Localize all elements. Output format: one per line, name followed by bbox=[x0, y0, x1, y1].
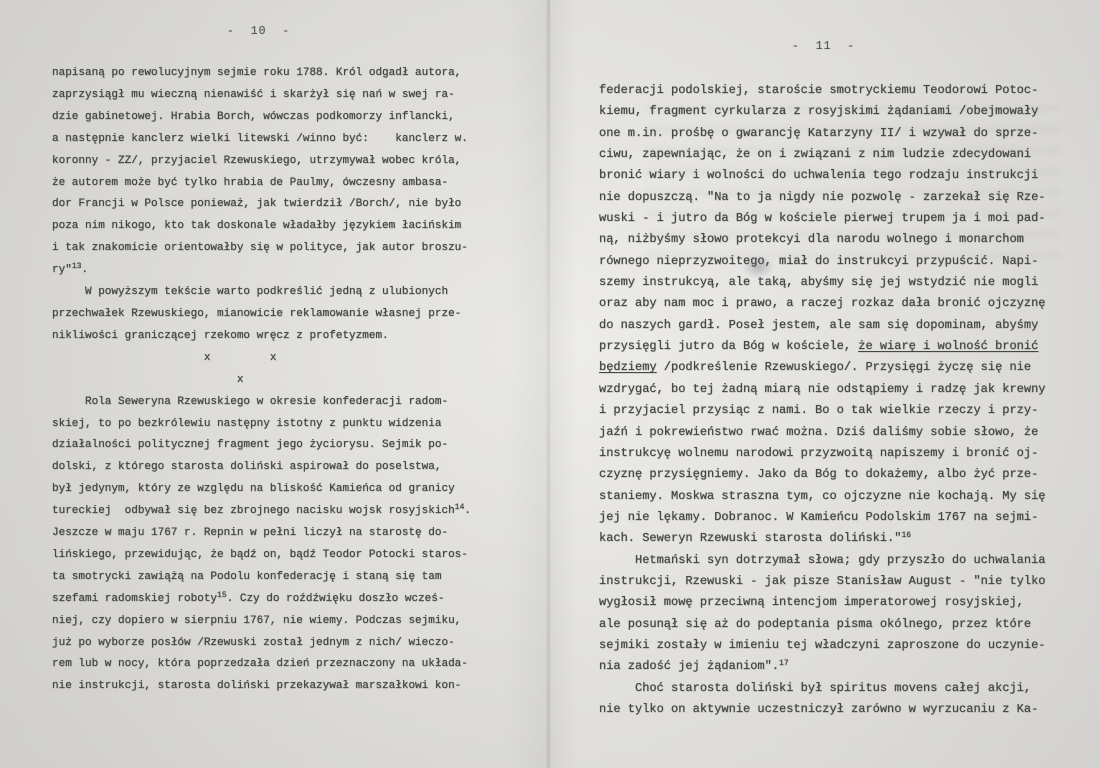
text-segment: kach. Seweryn Rzewuski starosta doliński… bbox=[599, 531, 901, 545]
text-segment: wzdrygać, bo tej żadną miarą nie odstąpi… bbox=[599, 382, 1045, 396]
text-segment: . Czy do roźdźwięku doszło wcześ- bbox=[227, 593, 445, 605]
text-segment: koronny - ZZ/, przyjaciel Rzewuskiego, u… bbox=[52, 155, 461, 167]
text-line: tureckiej odbywał się bez zbrojnego naci… bbox=[52, 501, 471, 523]
text-segment: szemy instrukcyą, ale taką, abyśmy się j… bbox=[599, 275, 1038, 289]
text-segment: dolski, z którego starosta doliński aspi… bbox=[52, 461, 441, 473]
text-segment: nie instrukcji, starosta doliński przeka… bbox=[52, 680, 461, 692]
text-line: nie instrukcji, starosta doliński przeka… bbox=[52, 676, 471, 698]
text-segment: lińskiego, przewidując, że bądź on, bądź… bbox=[52, 549, 468, 561]
text-segment: tureckiej odbywał się bez zbrojnego naci… bbox=[52, 505, 455, 517]
text-line: zaprzysiągł mu wieczną nienawiść i skarż… bbox=[52, 85, 471, 107]
text-line: staniemy. Moskwa straszna tym, co ojczyz… bbox=[599, 486, 1045, 507]
text-line: działalności politycznej fragment jego ż… bbox=[52, 435, 471, 457]
text-line: ry"13. bbox=[52, 260, 471, 282]
text-segment: rem lub w nocy, która poprzedzała dzień … bbox=[52, 658, 468, 670]
text-line: równego nieprzyzwoitego, miał do instruk… bbox=[599, 251, 1045, 272]
text-segment: przysięgli jutro da Bóg w kościele, bbox=[599, 339, 858, 353]
text-segment: że autorem może być tylko hrabia de Paul… bbox=[52, 177, 448, 189]
text-line: dolski, z którego starosta doliński aspi… bbox=[52, 457, 471, 479]
text-segment: Jeszcze w maju 1767 r. Repnin w pełni li… bbox=[52, 527, 448, 539]
text-line: skiej, to po bezkrólewiu następny istotn… bbox=[52, 414, 471, 436]
text-segment: jaźń i pokrewieństwo rwać można. Dziś da… bbox=[599, 425, 1038, 439]
footnote-ref: 17 bbox=[779, 659, 789, 668]
text-segment: już po wyborze posłów /Rzewuski został j… bbox=[52, 637, 455, 649]
text-line: instrukcji, Rzewuski - jak pisze Stanisł… bbox=[599, 571, 1045, 592]
text-segment: nie dopuszczą. "Na to ja nigdy nie pozwo… bbox=[599, 190, 1045, 204]
text-segment: działalności politycznej fragment jego ż… bbox=[52, 439, 448, 451]
text-line: do naszych gardł. Poseł jestem, ale sam … bbox=[599, 315, 1045, 336]
text-segment: dzie gabinetowej. Hrabia Borch, wówczas … bbox=[52, 111, 455, 123]
text-segment: ta smotrycki zawiążą na Podolu konfedera… bbox=[52, 571, 441, 583]
text-segment: szefami radomskiej roboty bbox=[52, 593, 217, 605]
text-line: przysięgli jutro da Bóg w kościele, że w… bbox=[599, 336, 1045, 357]
text-line: Rola Seweryna Rzewuskiego w okresie konf… bbox=[52, 392, 471, 414]
text-line: bronić wiary i wolności do uchwalenia te… bbox=[599, 165, 1045, 186]
ink-smudge bbox=[741, 255, 775, 279]
text-line: W powyższym tekście warto podkreślić jed… bbox=[52, 282, 471, 304]
text-segment: x x bbox=[52, 352, 276, 364]
text-line: ciwu, zapewniając, że on i związani z ni… bbox=[599, 144, 1045, 165]
text-line: kach. Seweryn Rzewuski starosta doliński… bbox=[599, 528, 1045, 549]
text-segment: przechwałek Rzewuskiego, mianowicie rekl… bbox=[52, 308, 461, 320]
text-line: ale posunął się aż do podeptania pisma o… bbox=[599, 614, 1045, 635]
text-line: poza nim nikogo, kto tak doskonale włada… bbox=[52, 216, 471, 238]
text-segment: Rola Seweryna Rzewuskiego w okresie konf… bbox=[52, 396, 448, 408]
text-segment: równego nieprzyzwoitego, miał do instruk… bbox=[599, 254, 1038, 268]
text-segment: Hetmański syn dotrzymał słowa; gdy przys… bbox=[599, 553, 1045, 567]
text-line: czyznę przysięgniemy. Jako da Bóg to dok… bbox=[599, 464, 1045, 485]
text-segment: jej nie lękamy. Dobranoc. W Kamieńcu Pod… bbox=[599, 510, 1038, 524]
text-segment: napisaną po rewolucyjnym sejmie roku 178… bbox=[52, 67, 461, 79]
footnote-ref: 14 bbox=[455, 503, 465, 512]
text-segment: nia zadość jej żądaniom". bbox=[599, 659, 779, 673]
text-segment: dor Francji w Polsce ponieważ, jak twier… bbox=[52, 198, 461, 210]
text-segment: bronić wiary i wolności do uchwalenia te… bbox=[599, 168, 1038, 182]
text-line: instrukcyę wolnemu narodowi przyzwoitą n… bbox=[599, 443, 1045, 464]
text-segment: ną, niżbyśmy słowo protekcyi dla narodu … bbox=[599, 232, 1024, 246]
text-line: oraz aby nam moc i prawo, a raczej rozka… bbox=[599, 293, 1045, 314]
text-segment: W powyższym tekście warto podkreślić jed… bbox=[52, 286, 448, 298]
text-segment: zaprzysiągł mu wieczną nienawiść i skarż… bbox=[52, 89, 455, 101]
text-line: napisaną po rewolucyjnym sejmie roku 178… bbox=[52, 63, 471, 85]
text-line: szefami radomskiej roboty15. Czy do roźd… bbox=[52, 589, 471, 611]
text-segment: i tak znakomicie orientowałby się w poli… bbox=[52, 242, 468, 254]
text-segment: i przyjaciel przysiąc z nami. Bo o tak w… bbox=[599, 403, 1038, 417]
text-segment: federacji podolskiej, staroście smotryck… bbox=[599, 83, 1038, 97]
text-segment: x bbox=[52, 374, 243, 386]
text-segment: a następnie kanclerz wielki litewski /wi… bbox=[52, 133, 468, 145]
footnote-ref: 15 bbox=[217, 591, 227, 600]
text-line: że autorem może być tylko hrabia de Paul… bbox=[52, 173, 471, 195]
text-line: federacji podolskiej, staroście smotryck… bbox=[599, 80, 1045, 101]
text-segment: Choć starosta doliński był spiritus move… bbox=[599, 681, 1031, 695]
text-line: nie tylko on aktywnie uczestniczył zarów… bbox=[599, 699, 1045, 720]
text-line: szemy instrukcyą, ale taką, abyśmy się j… bbox=[599, 272, 1045, 293]
text-segment: był jedynym, który ze względu na bliskoś… bbox=[52, 483, 455, 495]
page-number-right: - 11 - bbox=[792, 40, 855, 53]
text-line: rem lub w nocy, która poprzedzała dzień … bbox=[52, 654, 471, 676]
text-segment: kiemu, fragment cyrkularza z rosyjskimi … bbox=[599, 104, 1038, 118]
text-line: wzdrygać, bo tej żadną miarą nie odstąpi… bbox=[599, 379, 1045, 400]
text-segment: niej, czy dopiero w sierpniu 1767, nie w… bbox=[52, 615, 461, 627]
footnote-ref: 16 bbox=[901, 531, 911, 540]
text-segment: instrukcyę wolnemu narodowi przyzwoitą n… bbox=[599, 446, 1038, 460]
text-line: Hetmański syn dotrzymał słowa; gdy przys… bbox=[599, 550, 1045, 571]
text-line: x bbox=[52, 370, 471, 392]
text-segment: poza nim nikogo, kto tak doskonale włada… bbox=[52, 220, 461, 232]
text-segment: skiej, to po bezkrólewiu następny istotn… bbox=[52, 418, 441, 430]
text-line: Jeszcze w maju 1767 r. Repnin w pełni li… bbox=[52, 523, 471, 545]
text-line: jej nie lękamy. Dobranoc. W Kamieńcu Pod… bbox=[599, 507, 1045, 528]
text-line: nia zadość jej żądaniom".17 bbox=[599, 656, 1045, 677]
text-segment: czyznę przysięgniemy. Jako da Bóg to dok… bbox=[599, 467, 1038, 481]
text-line: one m.in. prośbę o gwarancję Katarzyny I… bbox=[599, 123, 1045, 144]
text-line: ta smotrycki zawiążą na Podolu konfedera… bbox=[52, 567, 471, 589]
right-page-text-block: federacji podolskiej, staroście smotryck… bbox=[599, 80, 1045, 720]
left-page-text-block: napisaną po rewolucyjnym sejmie roku 178… bbox=[52, 63, 471, 698]
text-segment: nikliwości graniczącej rzekomo wręcz z p… bbox=[52, 330, 389, 342]
text-line: i przyjaciel przysiąc z nami. Bo o tak w… bbox=[599, 400, 1045, 421]
text-line: już po wyborze posłów /Rzewuski został j… bbox=[52, 633, 471, 655]
text-line: przechwałek Rzewuskiego, mianowicie rekl… bbox=[52, 304, 471, 326]
text-line: dor Francji w Polsce ponieważ, jak twier… bbox=[52, 194, 471, 216]
text-line: był jedynym, który ze względu na bliskoś… bbox=[52, 479, 471, 501]
text-segment: . bbox=[81, 264, 88, 276]
page-gutter-crease bbox=[547, 0, 550, 768]
text-segment: staniemy. Moskwa straszna tym, co ojczyz… bbox=[599, 489, 1045, 503]
text-line: kiemu, fragment cyrkularza z rosyjskimi … bbox=[599, 101, 1045, 122]
text-line: nie dopuszczą. "Na to ja nigdy nie pozwo… bbox=[599, 187, 1045, 208]
text-segment: do naszych gardł. Poseł jestem, ale sam … bbox=[599, 318, 1038, 332]
text-segment: ciwu, zapewniając, że on i związani z ni… bbox=[599, 147, 1031, 161]
text-line: nikliwości graniczącej rzekomo wręcz z p… bbox=[52, 326, 471, 348]
text-line: i tak znakomicie orientowałby się w poli… bbox=[52, 238, 471, 260]
text-line: dzie gabinetowej. Hrabia Borch, wówczas … bbox=[52, 107, 471, 129]
text-segment: będziemy bbox=[599, 360, 657, 374]
text-line: wuski - i jutro da Bóg w kościele pierwe… bbox=[599, 208, 1045, 229]
text-line: a następnie kanclerz wielki litewski /wi… bbox=[52, 129, 471, 151]
footnote-ref: 13 bbox=[72, 262, 82, 271]
text-line: x x bbox=[52, 348, 471, 370]
text-line: lińskiego, przewidując, że bądź on, bądź… bbox=[52, 545, 471, 567]
text-line: sejmiki zostały w imieniu tej władczyni … bbox=[599, 635, 1045, 656]
text-line: niej, czy dopiero w sierpniu 1767, nie w… bbox=[52, 611, 471, 633]
text-segment: że wiarę i wolność bronić bbox=[858, 339, 1038, 353]
text-segment: instrukcji, Rzewuski - jak pisze Stanisł… bbox=[599, 574, 1045, 588]
text-line: Choć starosta doliński był spiritus move… bbox=[599, 678, 1045, 699]
text-line: ną, niżbyśmy słowo protekcyi dla narodu … bbox=[599, 229, 1045, 250]
text-segment: one m.in. prośbę o gwarancję Katarzyny I… bbox=[599, 126, 1038, 140]
text-line: wygłosił mowę przeciwną intencjom impera… bbox=[599, 592, 1045, 613]
text-segment: nie tylko on aktywnie uczestniczył zarów… bbox=[599, 702, 1038, 716]
page-number-left: - 10 - bbox=[227, 25, 290, 38]
text-segment: . bbox=[464, 505, 471, 517]
text-segment: /podkreślenie Rzewuskiego/. Przysięgi ży… bbox=[657, 360, 1031, 374]
text-segment: wygłosił mowę przeciwną intencjom impera… bbox=[599, 595, 1024, 609]
text-line: jaźń i pokrewieństwo rwać można. Dziś da… bbox=[599, 422, 1045, 443]
text-segment: wuski - i jutro da Bóg w kościele pierwe… bbox=[599, 211, 1045, 225]
text-segment: sejmiki zostały w imieniu tej władczyni … bbox=[599, 638, 1045, 652]
text-line: koronny - ZZ/, przyjaciel Rzewuskiego, u… bbox=[52, 151, 471, 173]
text-line: będziemy /podkreślenie Rzewuskiego/. Prz… bbox=[599, 357, 1045, 378]
text-segment: ry" bbox=[52, 264, 72, 276]
text-segment: ale posunął się aż do podeptania pisma o… bbox=[599, 617, 1031, 631]
text-segment: oraz aby nam moc i prawo, a raczej rozka… bbox=[599, 296, 1045, 310]
